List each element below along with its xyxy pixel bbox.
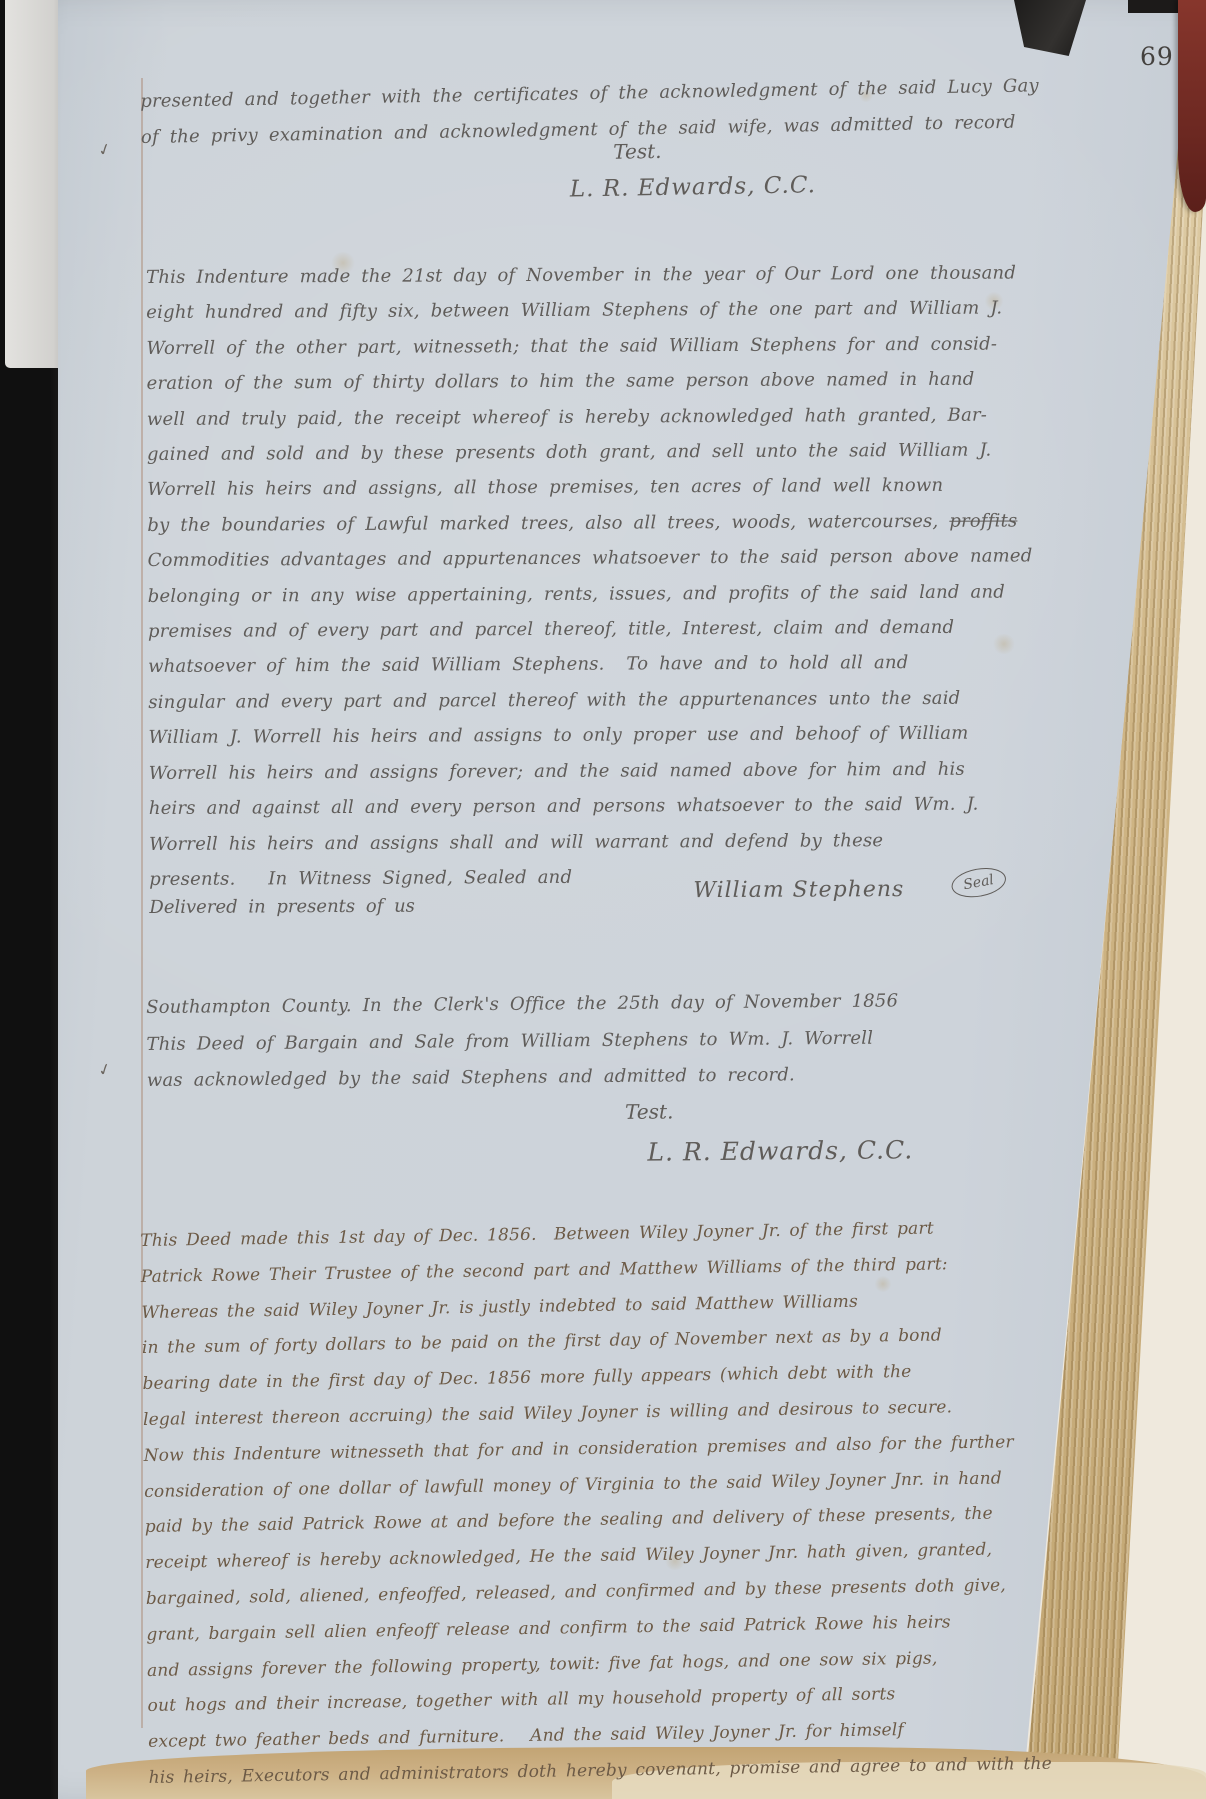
joyner-trust-deed-block: This Deed made this 1st day of Dec. 1856… xyxy=(140,1209,1079,1796)
page-number: 69 xyxy=(1140,44,1174,69)
text-line: eration of the sum of thirty dollars to … xyxy=(147,361,1052,401)
text-line: Worrell his heirs and assigns, all those… xyxy=(147,468,1052,508)
clerk-signature: L. R. Edwards, C.C. xyxy=(570,172,816,202)
text-line: gained and sold and by these presents do… xyxy=(147,432,1052,472)
stephens-deed-block: This Indenture made the 21st day of Nove… xyxy=(146,255,1055,933)
struck-word: proffits xyxy=(949,510,1017,531)
text-line: Worrell his heirs and assigns shall and … xyxy=(149,822,1054,862)
clerk-record-block: Southampton County. In the Clerk's Offic… xyxy=(146,982,1052,1099)
text-line: This Indenture made the 21st day of Nove… xyxy=(146,255,1051,295)
signer-signature: William Stephens xyxy=(693,877,904,903)
text-line: presents. In Witness Signed, Sealed and xyxy=(149,857,1054,897)
clerk-signature: L. R. Edwards, C.C. xyxy=(647,1135,913,1166)
attestation-test: Test. xyxy=(613,139,662,164)
text-segment: by the boundaries of Lawful marked trees… xyxy=(147,511,938,536)
witness-line: Delivered in presents of us xyxy=(149,896,415,918)
text-line: Worrell his heirs and assigns forever; a… xyxy=(149,751,1054,791)
text-line: belonging or in any wise appertaining, r… xyxy=(148,574,1053,614)
text-line: premises and of every part and parcel th… xyxy=(148,609,1053,649)
text-line: whatsoever of him the said William Steph… xyxy=(148,645,1053,685)
text-line: Worrell of the other part, witnesseth; t… xyxy=(146,326,1051,366)
text-line: by the boundaries of Lawful marked trees… xyxy=(147,503,1052,543)
text-line: William J. Worrell his heirs and assigns… xyxy=(148,716,1053,756)
text-line: eight hundred and fifty six, between Wil… xyxy=(146,291,1051,331)
text-line: well and truly paid, the receipt whereof… xyxy=(147,397,1052,437)
deed-closing-row: Delivered in presents of us William Step… xyxy=(149,893,1054,934)
margin-rule-line xyxy=(141,78,143,1728)
text-line: heirs and against all and every person a… xyxy=(149,786,1054,826)
text-line: Commodities advantages and appurtenances… xyxy=(147,539,1052,579)
attestation-test: Test. xyxy=(625,1099,673,1123)
deed-book-page-scan: 69 ✓ ✓ presented and together with the c… xyxy=(0,0,1206,1799)
book-cover-corner xyxy=(1178,0,1206,212)
text-line: singular and every part and parcel there… xyxy=(148,680,1053,720)
